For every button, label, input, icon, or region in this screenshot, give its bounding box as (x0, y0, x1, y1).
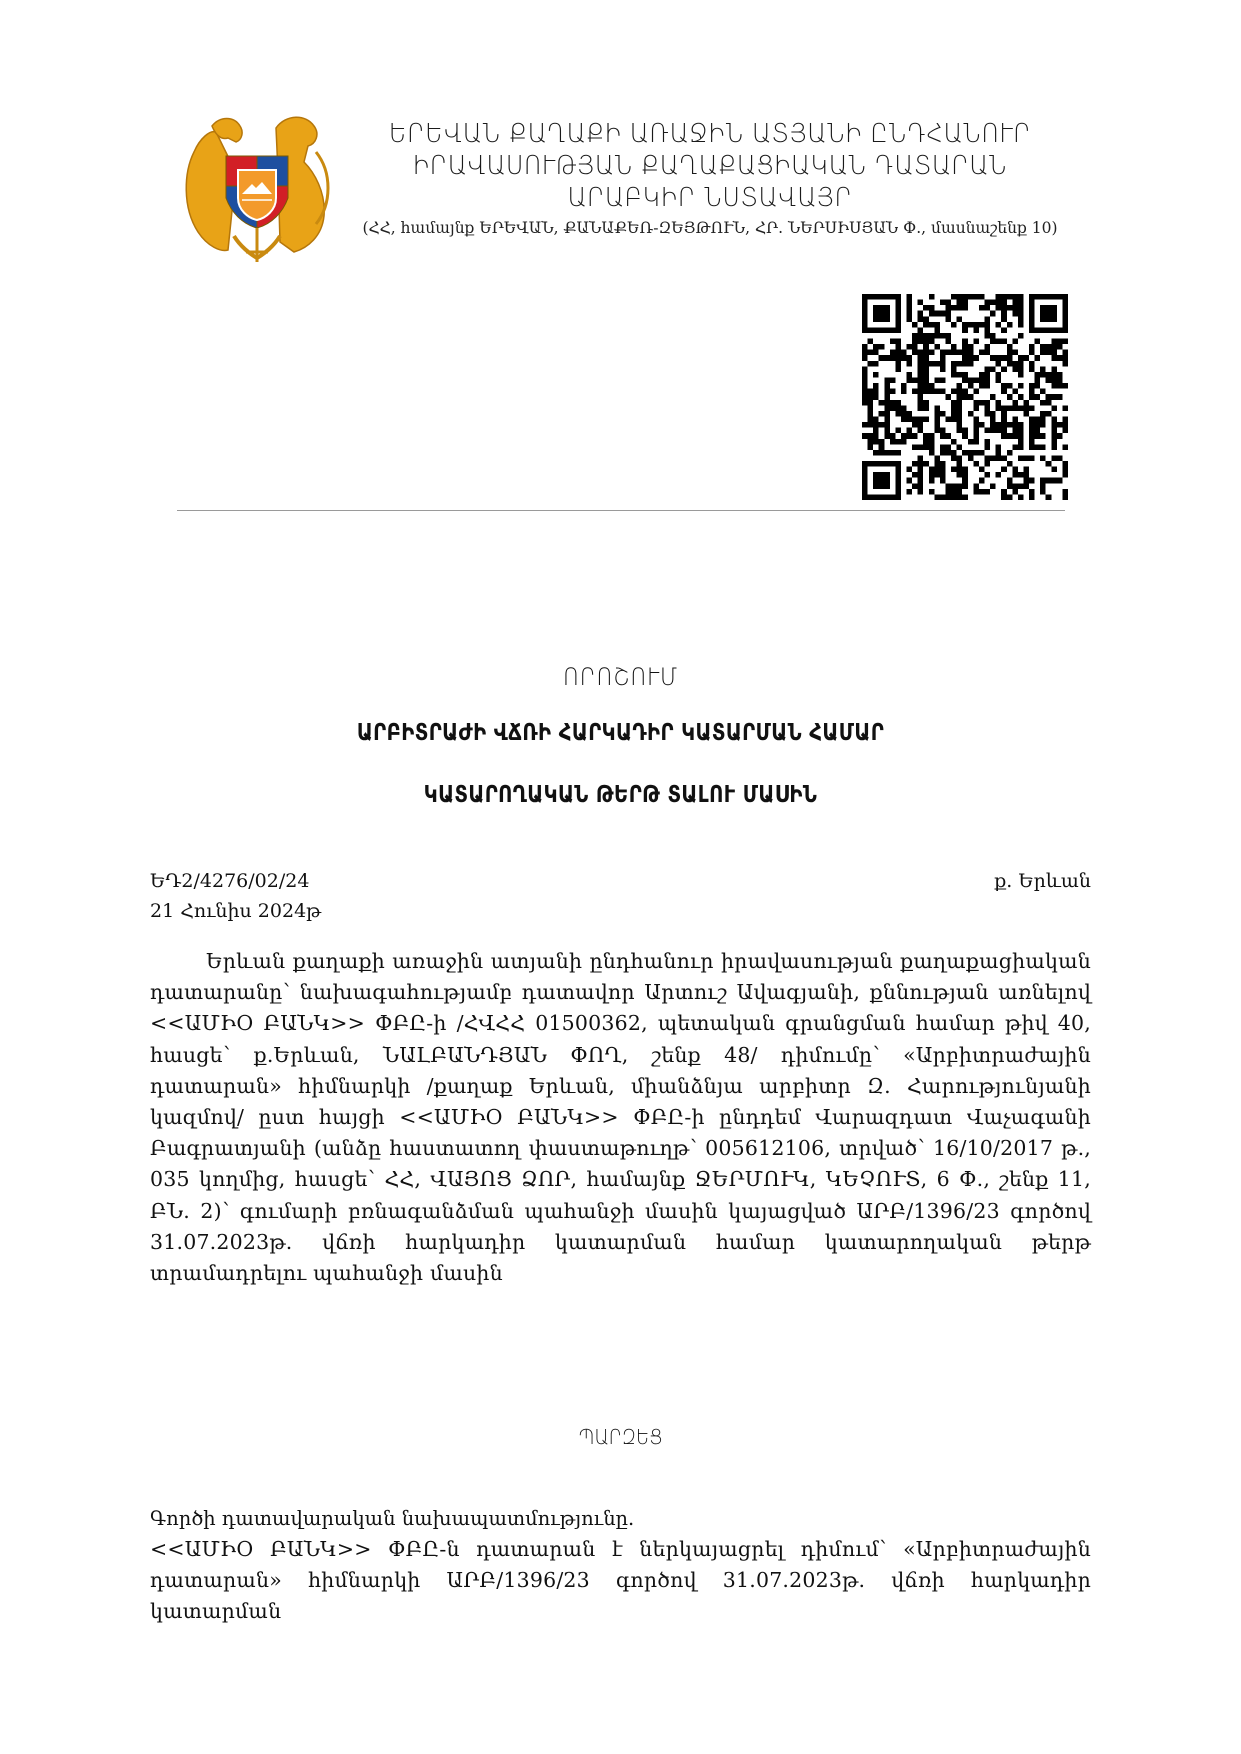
procedural-history-paragraph: <<ԱՄԻՕ ԲԱՆԿ>> ՓԲԸ-ն դատարան է ներկայացրե… (150, 1534, 1091, 1628)
document-date: 21 Հունիս 2024թ (150, 896, 1091, 926)
court-seat-line: ԱՐԱԲԿԻՐ ՆՍՏԱՎԱՅՐ (370, 182, 1051, 214)
document-subtitle-line-1: ԱՐԲԻՏՐԱԺԻ ՎՃՌԻ ՀԱՐԿԱԴԻՐ ԿԱՏԱՐՄԱՆ ՀԱՄԱՐ (221, 720, 1021, 746)
document-subtitle-line-2: ԿԱՏԱՐՈՂԱԿԱՆ ԹԵՐԹ ՏԱԼՈՒ ՄԱՍԻՆ (221, 782, 1021, 808)
qr-code-icon (862, 294, 1068, 500)
document-title: ՈՐՈՇՈՒՄ (197, 663, 1044, 691)
document-place: ք. Երևան (994, 866, 1091, 896)
procedural-history-heading: Գործի դատավարական նախապատմությունը. (150, 1503, 1091, 1534)
court-address: (ՀՀ, համայնք ԵՐԵՎԱՆ, ՔԱՆԱՔԵՌ-ԶԵՅԹՈՒՆ, ՀՐ… (340, 216, 1080, 240)
section-heading-found: ՊԱՐԶԵՑ (197, 1425, 1044, 1449)
header-separator (177, 510, 1065, 511)
intro-paragraph: Երևան քաղաքի առաջին ատյանի ընդհանուր իրա… (150, 946, 1091, 1289)
court-name-line-1: ԵՐԵՎԱՆ ՔԱՂԱՔԻ ԱՌԱՋԻՆ ԱՏՅԱՆԻ ԸՆԴՀԱՆՈՒՐ (370, 118, 1051, 150)
case-number: ԵԴ2/4276/02/24 (150, 866, 1091, 896)
court-header: ԵՐԵՎԱՆ ՔԱՂԱՔԻ ԱՌԱՋԻՆ ԱՏՅԱՆԻ ԸՆԴՀԱՆՈՒՐ ԻՐ… (340, 118, 1080, 240)
qr-code (862, 294, 1068, 500)
document-meta: ԵԴ2/4276/02/24 21 Հունիս 2024թ ք. Երևան (150, 866, 1091, 926)
coat-of-arms-icon (176, 112, 338, 266)
armenian-coat-of-arms-emblem (176, 112, 338, 266)
court-name-line-2: ԻՐԱՎԱՍՈՒԹՅԱՆ ՔԱՂԱՔԱՑԻԱԿԱՆ ԴԱՏԱՐԱՆ (370, 150, 1051, 182)
